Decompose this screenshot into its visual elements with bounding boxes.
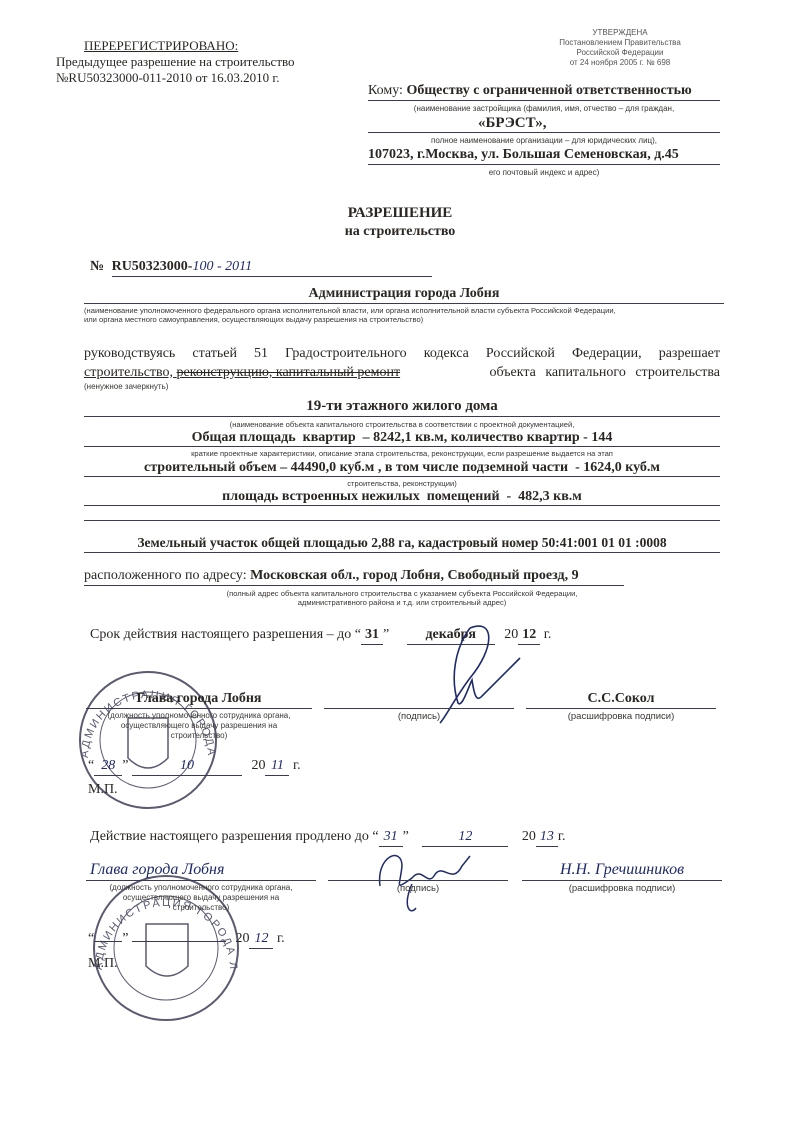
land-block: Земельный участок общей площадью 2,88 га… xyxy=(84,534,720,553)
permit-number-handwritten: 100 - 2011 xyxy=(192,259,252,274)
addressee-block: Кому: Обществу с ограниченной ответствен… xyxy=(368,82,720,178)
addressee-line: Кому: Обществу с ограниченной ответствен… xyxy=(368,82,720,101)
title-sub: на строительство xyxy=(0,222,800,242)
object-hint-1: (наименование объекта капитального строи… xyxy=(84,420,720,429)
approval-line-2: Российской Федерации xyxy=(520,48,720,58)
signer-1-position-hint-2: осуществляющего выдачу разрешения на xyxy=(86,721,312,731)
body-line-1: руководствуясь статьей 51 Градостроитель… xyxy=(84,344,720,363)
previous-permit-label: Предыдущее разрешение на строительство xyxy=(56,54,356,70)
validity-label: Срок действия настоящего разрешения – до xyxy=(90,627,351,642)
title-main: РАЗРЕШЕНИЕ xyxy=(0,204,800,222)
signature-1-month: 10 xyxy=(132,757,242,776)
organization-address: 107023, г.Москва, ул. Большая Семеновска… xyxy=(368,146,720,165)
location-label: расположенного по адресу: xyxy=(84,568,247,583)
signer-1-position-hint-1: (должность уполномоченного сотрудника ор… xyxy=(86,711,312,721)
signer-1-position-hint-3: строительство) xyxy=(86,731,312,741)
land-line: Земельный участок общей площадью 2,88 га… xyxy=(84,534,720,553)
signature-1-day: 28 xyxy=(94,757,122,776)
signature-2-day xyxy=(94,941,122,942)
option-kept: строительство, xyxy=(84,365,173,380)
object-hint-2: краткие проектные характеристики, описан… xyxy=(84,449,720,458)
extension-label: Действие настоящего разрешения продлено … xyxy=(90,829,369,844)
signer-1-signature-line xyxy=(324,690,514,709)
seal-label-1: М.П. xyxy=(88,782,118,798)
signature-2-month xyxy=(132,941,226,942)
approval-block: УТВЕРЖДЕНА Постановлением Правительства … xyxy=(520,28,720,68)
signature-1-year-prefix: 20 xyxy=(251,758,265,773)
addressee-hint-1: (наименование застройщика (фамилия, имя,… xyxy=(368,104,720,114)
location-hint-1: (полный адрес объекта капитального строи… xyxy=(84,589,720,598)
location-block: расположенного по адресу: Московская обл… xyxy=(84,566,720,608)
reregistration-heading: ПЕРЕРЕГИСТРИРОВАНО: xyxy=(56,38,356,54)
location-hint-2: административного района и т.д. или стро… xyxy=(84,598,720,607)
body-options: строительство, реконструкцию, капитальны… xyxy=(84,363,400,382)
extension-day: 31 xyxy=(379,828,403,847)
signer-1-name-hint: (расшифровка подписи) xyxy=(526,711,716,723)
signer-2-position-hint-3: строительство) xyxy=(86,903,316,913)
extension-year-prefix: 20 xyxy=(522,829,536,844)
body-line-2-rest: объекта капитального строительства xyxy=(489,363,720,382)
approval-line-0: УТВЕРЖДЕНА xyxy=(520,28,720,38)
permit-number: № RU50323000-100 - 2011 xyxy=(90,258,432,277)
permit-number-field: RU50323000-100 - 2011 xyxy=(112,258,432,277)
reregistration-block: ПЕРЕРЕГИСТРИРОВАНО: Предыдущее разрешени… xyxy=(56,38,356,86)
location-line: расположенного по адресу: Московская обл… xyxy=(84,566,624,586)
signer-1-position: Глава города Лобня xyxy=(86,690,312,709)
extension-month: 12 xyxy=(422,828,508,847)
signer-2-sign-hint: (подпись) xyxy=(328,883,508,895)
object-volume: строительный объем – 44490,0 куб.м , в т… xyxy=(84,459,720,477)
organization-name: «БРЭСТ», xyxy=(368,114,720,133)
previous-permit-number: №RU50323000-011-2010 от 16.03.2010 г. xyxy=(56,70,356,86)
location-address: Московская обл., город Лобня, Свободный … xyxy=(250,568,579,583)
addressee-hint-2: полное наименование организации – для юр… xyxy=(368,136,720,146)
validity-day: 31 xyxy=(361,626,383,645)
strike-hint: (ненужное зачеркнуть) xyxy=(84,382,720,392)
authority-hint-1: (наименование уполномоченного федерально… xyxy=(84,306,724,315)
authority-name: Администрация города Лобня xyxy=(84,285,724,304)
signature-2-year-prefix: 20 xyxy=(235,931,249,946)
object-name: 19-ти этажного жилого дома xyxy=(84,396,720,417)
object-block: 19-ти этажного жилого дома (наименование… xyxy=(84,396,720,521)
approval-line-1: Постановлением Правительства xyxy=(520,38,720,48)
extension-line: Действие настоящего разрешения продлено … xyxy=(90,828,566,847)
signer-2-position-hint-2: осуществляющего выдачу разрешения на xyxy=(86,893,316,903)
to-label: Кому: xyxy=(368,83,403,98)
signature-1-date: “28” 10 2011 г. xyxy=(88,757,301,776)
document-title: РАЗРЕШЕНИЕ на строительство xyxy=(0,204,800,242)
object-blank-line xyxy=(84,506,720,521)
authority-block: Администрация города Лобня (наименование… xyxy=(84,285,724,325)
signature-2-date: “” 2012 г. xyxy=(88,930,285,949)
signer-2-position-hint-1: (должность уполномоченного сотрудника ор… xyxy=(86,883,316,893)
body-text: руководствуясь статьей 51 Градостроитель… xyxy=(84,344,720,392)
to-value: Обществу с ограниченной ответственностью xyxy=(406,83,691,98)
approval-line-3: от 24 ноября 2005 г. № 698 xyxy=(520,58,720,68)
permit-number-prefix: № xyxy=(90,259,104,274)
extension-year-suffix: 13 xyxy=(536,828,558,847)
authority-hint-2: или органа местного самоуправления, осущ… xyxy=(84,315,724,324)
signer-2-name-hint: (расшифровка подписи) xyxy=(522,883,722,895)
signer-2-signature-line xyxy=(328,860,508,881)
signer-2-name: Н.Н. Гречишников xyxy=(522,860,722,881)
signer-1-sign-hint: (подпись) xyxy=(324,711,514,723)
option-struck: реконструкцию, капитальный ремонт xyxy=(177,365,401,380)
signature-1-year-unit: г. xyxy=(293,758,301,773)
signature-1-year-suffix: 11 xyxy=(265,757,289,776)
object-hint-3: строительства, реконструкции) xyxy=(84,479,720,488)
object-area: Общая площадь квартир – 8242,1 кв.м, кол… xyxy=(84,429,720,447)
extension-year-unit: г. xyxy=(558,829,566,844)
signature-2-year-suffix: 12 xyxy=(249,930,273,949)
signer-2-position: Глава города Лобня xyxy=(86,860,316,881)
object-nonresidential: площадь встроенных нежилых помещений - 4… xyxy=(84,488,720,506)
permit-number-printed: RU50323000- xyxy=(112,259,193,274)
addressee-hint-3: его почтовый индекс и адрес) xyxy=(368,168,720,178)
seal-label-2: М.П. xyxy=(88,956,118,972)
signature-2-year-unit: г. xyxy=(277,931,285,946)
signer-1-name: С.С.Сокол xyxy=(526,690,716,709)
body-line-2: строительство, реконструкцию, капитальны… xyxy=(84,363,720,382)
